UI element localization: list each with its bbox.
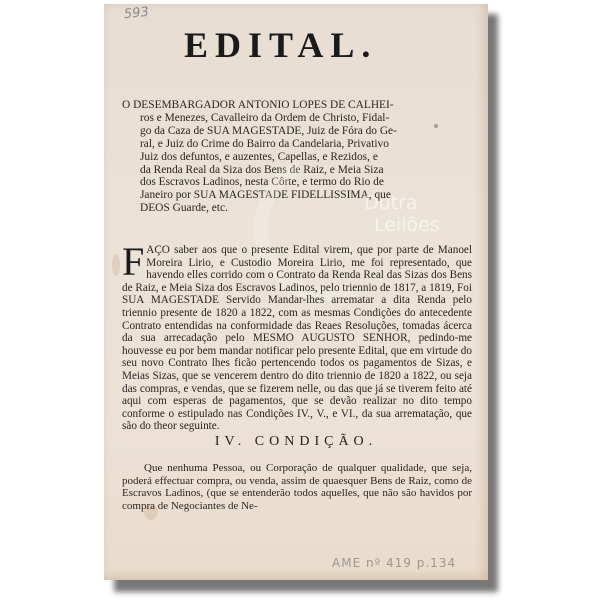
- condition-paragraph: Que nenhuma Pessoa, ou Corporação de qua…: [122, 462, 472, 512]
- watermark-line: Leilões: [364, 214, 440, 236]
- watermark: Dutra Leilões: [364, 192, 440, 236]
- intro-line: O DESEMBARGADOR ANTONIO LOPES DE CALHEI-: [122, 99, 472, 112]
- condition-heading: IV. CONDIÇÃO.: [104, 434, 488, 450]
- manuscript-number: 593: [123, 5, 149, 23]
- pencil-annotation: AME nº 419 p.134: [332, 556, 456, 570]
- body-text: AÇO saber aos que o presente Edital vire…: [122, 244, 472, 432]
- document-title: EDITAL.: [184, 24, 377, 66]
- body-paragraph: F AÇO saber aos que o presente Edital vi…: [122, 244, 472, 433]
- watermark-line: Dutra: [364, 192, 440, 214]
- document-page: 593 EDITAL. O DESEMBARGADOR ANTONIO LOPE…: [104, 4, 488, 580]
- stain: [112, 254, 120, 276]
- intro-line: ral, e Juiz do Crime do Bairro da Candel…: [122, 138, 472, 151]
- drop-cap: F: [122, 246, 144, 278]
- intro-line: go da Caza de SUA MAGESTADE, Juiz de Fór…: [122, 125, 472, 138]
- intro-line: ros e Menezes, Cavalleiro da Ordem de Ch…: [122, 112, 472, 125]
